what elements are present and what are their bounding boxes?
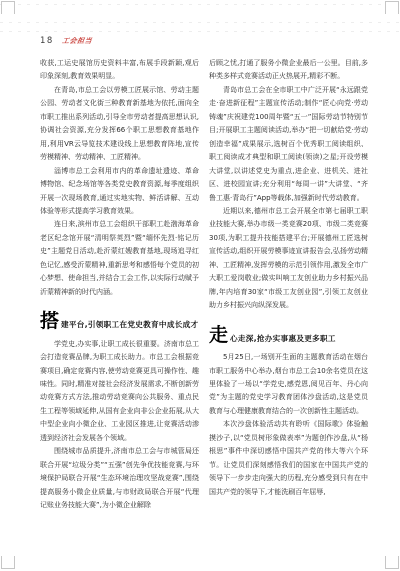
section-heading-text: 建平台,引领职工在党史教育中成长成才: [61, 318, 198, 331]
section-heading: 走 心走深,抢办实事惠及更多职工: [209, 326, 368, 345]
article-paragraph: 近期以来,德州市总工会开展全市第七届职工职业技能大赛,举办市级一类竞赛20项、市…: [209, 205, 368, 313]
article-paragraph: 收获,工运史展馆历史资料丰富,布展手段新颖,观后印象深刻,教育效果明显。: [40, 57, 199, 84]
section-dropcap: 搭: [40, 312, 59, 331]
article-paragraph: 5月25日,一场别开生面的主题教育活动在烟台市职工服务中心举办,烟台市总工会10…: [209, 351, 368, 418]
right-column: 后顾之忧,打通了服务小微企业最后一公里。目前,多种类多样式竞赛活动正火热展开,精…: [209, 57, 368, 513]
article-paragraph: 淄博市总工会利用市内的革命遗址遗迹、革命博物馆、纪念场馆等各类党史教育资源,每季…: [40, 165, 199, 219]
page-number: 18: [40, 36, 54, 46]
crop-mark-top-right-icon: [385, 1, 399, 14]
magazine-page: 18 工会担当 收获,工运史展馆历史资料丰富,布展手段新颖,观后印象深刻,教育效…: [0, 0, 400, 571]
article-paragraph: 连日来,滨州市总工会组织干部职工赴渤海革命老区纪念馆开展“清明祭英烈”暨“缅怀先…: [40, 218, 199, 299]
crop-mark-bottom-left-icon: [1, 556, 15, 569]
article-paragraph: 后顾之忧,打通了服务小微企业最后一公里。目前,多种类多样式竞赛活动正火热展开,精…: [209, 57, 368, 84]
article-paragraph: 学党史,办实事,让职工成长很重要。济南市总工会打造竞赛品牌,为职工成长助力。市总…: [40, 338, 199, 446]
article-body: 收获,工运史展馆历史资料丰富,布展手段新颖,观后印象深刻,教育效果明显。 在青岛…: [40, 57, 368, 513]
crop-mark-bottom-right-icon: [385, 556, 399, 569]
scan-noise-row: [0, 4, 400, 5]
left-column: 收获,工运史展馆历史资料丰富,布展手段新颖,观后印象深刻,教育效果明显。 在青岛…: [40, 57, 199, 513]
scan-noise-row: [0, 31, 400, 32]
article-paragraph: 在青岛,市总工会以劳模工匠展示馆、劳动主题公园、劳动者文化街三种教育新基地为依托…: [40, 84, 199, 165]
section-dropcap: 走: [209, 326, 228, 345]
column-tag-label: 工会担当: [61, 36, 92, 46]
crop-mark-top-left-icon: [1, 1, 15, 14]
section-heading-text: 心走深,抢办实事惠及更多职工: [230, 332, 336, 345]
article-paragraph: 青岛市总工会在全市职工中广泛开展“永远跟党走·奋进新征程”主题宣传活动;制作“匠…: [209, 84, 368, 205]
article-paragraph: 本次沙盘体验活动共有聆听《国际歌》体验触摸沙子,以“党员树形象做表率”为题创作沙…: [209, 418, 368, 499]
page-header: 18 工会担当: [40, 36, 92, 46]
section-heading: 搭 建平台,引领职工在党史教育中成长成才: [40, 312, 199, 331]
scan-noise-row: [0, 22, 400, 23]
article-paragraph: 围绕城市品质提升,济南市总工会与市城管局还联合开展“垃圾分类”“五强”创先争优技…: [40, 445, 199, 512]
